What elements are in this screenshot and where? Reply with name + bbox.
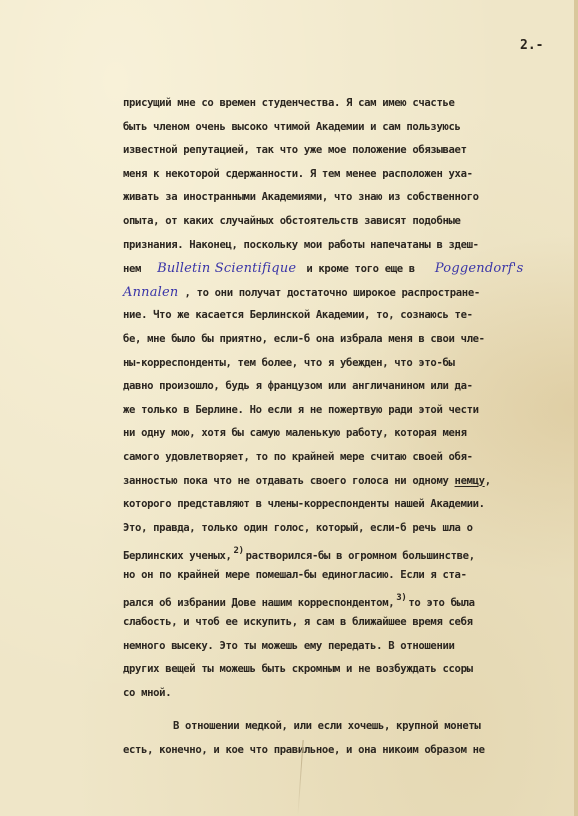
text-line: нем Bulletin Scientifique и кроме того е… xyxy=(123,257,563,281)
line-text: опыта, от каких случайных обстоятельств … xyxy=(123,215,461,227)
line-text: присущий мне со времен студенчества. Я с… xyxy=(123,97,455,109)
letter-body: присущий мне со времен студенчества. Я с… xyxy=(123,92,563,763)
line-text: нем xyxy=(123,263,141,275)
text-line: Берлинских ученых,2)растворился-бы в огр… xyxy=(123,540,563,564)
line-text: известной репутацией, так что уже мое по… xyxy=(123,144,467,156)
line-text: Берлинских ученых, xyxy=(123,550,232,562)
underlined-word: немцу xyxy=(455,475,485,487)
line-text: растворился-бы в огромном большинстве, xyxy=(246,550,475,562)
line-text: и кроме того еще в xyxy=(306,263,415,275)
line-text: живать за иностранными Академиями, что з… xyxy=(123,191,479,203)
line-text: но он по крайней мере помешал-бы единогл… xyxy=(123,569,467,581)
footnote-marker: 2) xyxy=(234,546,244,556)
line-text: занностью пока что не отдавать своего го… xyxy=(123,475,449,487)
text-line: занностью пока что не отдавать своего го… xyxy=(123,470,563,494)
line-text: немного высеку. Это ты можешь ему переда… xyxy=(123,640,455,652)
line-text: есть, конечно, и кое что правильное, и о… xyxy=(123,744,485,756)
line-text: самого удовлетворяет, то по крайней мере… xyxy=(123,451,473,463)
line-text: признания. Наконец, поскольку мои работы… xyxy=(123,239,479,251)
line-text: бе, мне было бы приятно, если-б она избр… xyxy=(123,333,485,345)
line-text: давно произошло, будь я французом или ан… xyxy=(123,380,473,392)
text-line: известной репутацией, так что уже мое по… xyxy=(123,139,563,163)
text-line: ны-корреспонденты, тем более, что я убеж… xyxy=(123,352,563,376)
text-line: которого представляют в члены-корреспонд… xyxy=(123,493,563,517)
text-line: со мной. xyxy=(123,682,563,706)
text-line: меня к некоторой сдержанности. Я тем мен… xyxy=(123,163,563,187)
line-text: со мной. xyxy=(123,687,171,699)
line-text: слабость, и чтоб ее искупить, я сам в бл… xyxy=(123,616,473,628)
text-line: самого удовлетворяет, то по крайней мере… xyxy=(123,446,563,470)
line-text: ни одну мою, хотя бы самую маленькую раб… xyxy=(123,427,467,439)
text-line: В отношении медкой, или если хочешь, кру… xyxy=(123,715,563,739)
text-line: рался об избрании Дове нашим корреспонде… xyxy=(123,587,563,611)
page-number: 2.- xyxy=(520,38,543,53)
text-line: но он по крайней мере помешал-бы единогл… xyxy=(123,564,563,588)
text-line: давно произошло, будь я французом или ан… xyxy=(123,375,563,399)
text-line: ни одну мою, хотя бы самую маленькую раб… xyxy=(123,422,563,446)
text-line: живать за иностранными Академиями, что з… xyxy=(123,186,563,210)
text-line: Это, правда, только один голос, который,… xyxy=(123,517,563,541)
line-text: ны-корреспонденты, тем более, что я убеж… xyxy=(123,357,455,369)
line-text: которого представляют в члены-корреспонд… xyxy=(123,498,485,510)
text-line: есть, конечно, и кое что правильное, и о… xyxy=(123,739,563,763)
text-line: же только в Берлине. Но если я не пожерт… xyxy=(123,399,563,423)
line-text: Это, правда, только один голос, который,… xyxy=(123,522,473,534)
text-line: признания. Наконец, поскольку мои работы… xyxy=(123,234,563,258)
line-text: быть членом очень высоко чтимой Академии… xyxy=(123,121,461,133)
line-text: же только в Берлине. Но если я не пожерт… xyxy=(123,404,479,416)
text-line: немного высеку. Это ты можешь ему переда… xyxy=(123,635,563,659)
text-line: быть членом очень высоко чтимой Академии… xyxy=(123,116,563,140)
document-page: 2.- присущий мне со времен студенчества.… xyxy=(0,0,578,816)
line-text: рался об избрании Дове нашим корреспонде… xyxy=(123,597,394,609)
text-line: других вещей ты можешь быть скромным и н… xyxy=(123,658,563,682)
handwritten-insertion: Annalen xyxy=(123,285,179,300)
text-line: Annalen, то они получат достаточно широк… xyxy=(123,281,563,305)
text-line: опыта, от каких случайных обстоятельств … xyxy=(123,210,563,234)
line-text: В отношении медкой, или если хочешь, кру… xyxy=(173,720,480,732)
text-line: бе, мне было бы приятно, если-б она избр… xyxy=(123,328,563,352)
text-line: слабость, и чтоб ее искупить, я сам в бл… xyxy=(123,611,563,635)
line-text: других вещей ты можешь быть скромным и н… xyxy=(123,663,473,675)
handwritten-insertion: Poggendorf's xyxy=(435,261,524,276)
line-text: ние. Что же касается Берлинской Академии… xyxy=(123,309,473,321)
line-text: меня к некоторой сдержанности. Я тем мен… xyxy=(123,168,473,180)
line-text: то это была xyxy=(408,597,474,609)
text-line: присущий мне со времен студенчества. Я с… xyxy=(123,92,563,116)
line-text: , то они получат достаточно широкое расп… xyxy=(185,287,480,299)
line-text: , xyxy=(485,475,491,487)
text-line: ние. Что же касается Берлинской Академии… xyxy=(123,304,563,328)
handwritten-insertion: Bulletin Scientifique xyxy=(157,261,296,276)
footnote-marker: 3) xyxy=(396,593,406,603)
